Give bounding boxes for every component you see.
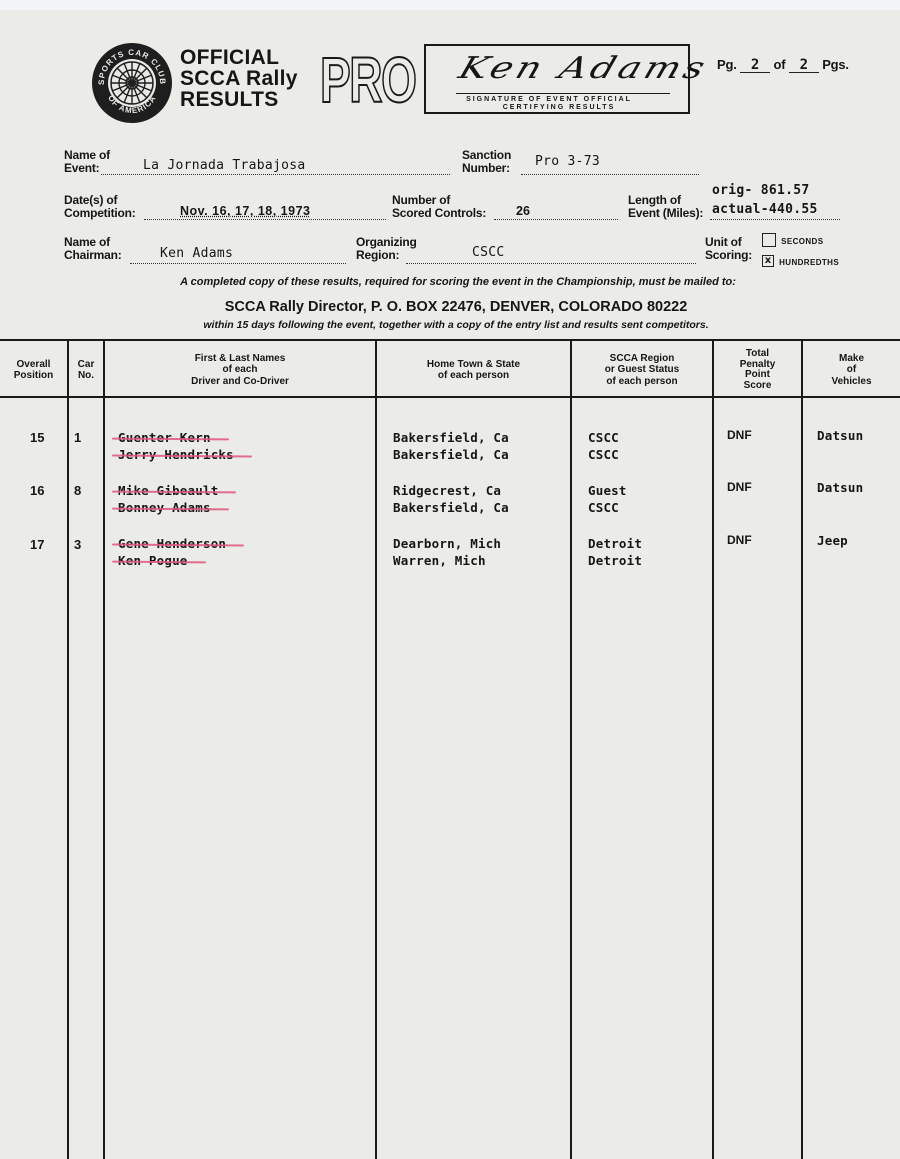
scca-logo: SPORTS CAR CLUB OF AMERICA — [92, 43, 172, 123]
dates-value: Nov. 16, 17, 18, 1973 — [180, 204, 311, 218]
penalty-score: DNF — [727, 428, 752, 442]
column-header-car: CarNo. — [69, 344, 103, 396]
dates-label: Date(s) ofCompetition: — [64, 194, 136, 220]
car-number: 1 — [74, 430, 81, 445]
chairman-value: Ken Adams — [160, 246, 233, 261]
table-top-rule — [0, 339, 900, 341]
controls-label: Number ofScored Controls: — [392, 194, 486, 220]
sanction-value: Pro 3-73 — [535, 154, 600, 169]
column-header-names: First & Last Namesof eachDriver and Co-D… — [105, 344, 375, 396]
regions: GuestCSCC — [588, 482, 627, 516]
driver-name: Guenter Kern — [118, 429, 211, 446]
column-divider — [103, 340, 105, 1159]
driver-names: Mike Gibeault Bonney Adams — [118, 482, 218, 516]
signature-caption: SIGNATURE OF EVENT OFFICIAL — [416, 96, 682, 103]
length-field[interactable]: actual-440.55 — [710, 204, 840, 220]
column-divider — [801, 340, 803, 1159]
column-header-score: TotalPenaltyPointScore — [714, 344, 801, 396]
overall-position: 16 — [30, 483, 44, 498]
overall-position: 17 — [30, 537, 44, 552]
signature-line — [456, 93, 670, 94]
codriver-name: Bonney Adams — [118, 499, 211, 516]
column-divider — [712, 340, 714, 1159]
scoring-option-seconds[interactable]: SECONDS — [762, 229, 823, 248]
column-header-region: SCCA Regionor Guest Statusof each person — [572, 344, 712, 396]
column-header-make: MakeofVehicles — [803, 344, 900, 396]
wheel-icon: SPORTS CAR CLUB OF AMERICA — [92, 43, 172, 123]
vehicle-make: Datsun — [817, 427, 863, 444]
event-value: La Jornada Trabajosa — [143, 158, 306, 173]
chairman-label: Name ofChairman: — [64, 236, 122, 262]
driver-names: Gene Henderson Ken Pogue — [118, 535, 226, 569]
column-header-position: OverallPosition — [0, 344, 67, 396]
signature-box: Ken Adams SIGNATURE OF EVENT OFFICIAL CE… — [424, 44, 690, 114]
car-number: 3 — [74, 537, 81, 552]
sanction-field[interactable]: Pro 3-73 — [521, 158, 699, 175]
page-indicator: Pg. 2 of 2 Pgs. — [717, 58, 849, 73]
penalty-score: DNF — [727, 480, 752, 494]
column-divider — [375, 340, 377, 1159]
scan-edge — [0, 0, 900, 10]
hometowns: Ridgecrest, CaBakersfield, Ca — [393, 482, 509, 516]
driver-name: Gene Henderson — [118, 535, 226, 552]
codriver-name: Ken Pogue — [118, 552, 188, 569]
hometowns: Dearborn, MichWarren, Mich — [393, 535, 501, 569]
region-field[interactable]: CSCC — [406, 247, 696, 264]
deadline-notice: within 15 days following the event, toge… — [0, 319, 900, 331]
regions: CSCCCSCC — [588, 429, 619, 463]
page-number: 2 — [740, 59, 770, 73]
signature-caption-2: CERTIFYING RESULTS — [426, 104, 692, 111]
hometowns: Bakersfield, CaBakersfield, Ca — [393, 429, 509, 463]
title-line-3: RESULTS — [180, 89, 298, 110]
title-line-1: OFFICIAL — [180, 47, 298, 68]
scoring-label: Unit ofScoring: — [705, 236, 752, 262]
dates-field[interactable]: Nov. 16, 17, 18, 1973 — [144, 204, 386, 220]
penalty-score: DNF — [727, 533, 752, 547]
mailing-notice: A completed copy of these results, requi… — [0, 276, 900, 288]
scoring-option-hundredths[interactable]: x HUNDREDTHS — [762, 250, 839, 269]
hundredths-checkbox[interactable]: x — [762, 255, 774, 267]
codriver-name: Jerry Hendricks — [118, 446, 234, 463]
column-divider — [570, 340, 572, 1159]
chairman-field[interactable]: Ken Adams — [130, 247, 346, 264]
car-number: 8 — [74, 483, 81, 498]
vehicle-make: Jeep — [817, 532, 848, 549]
driver-name: Mike Gibeault — [118, 482, 218, 499]
signature: Ken Adams — [454, 50, 714, 88]
regions: DetroitDetroit — [588, 535, 642, 569]
table-header-rule — [0, 396, 900, 398]
event-field[interactable]: La Jornada Trabajosa — [101, 158, 450, 175]
length-actual-value: actual-440.55 — [712, 202, 818, 217]
mailing-address: SCCA Rally Director, P. O. BOX 22476, DE… — [0, 299, 900, 315]
controls-value: 26 — [516, 204, 530, 218]
region-value: CSCC — [472, 245, 505, 260]
controls-field[interactable]: 26 — [494, 204, 618, 220]
vehicle-make: Datsun — [817, 479, 863, 496]
length-label: Length ofEvent (Miles): — [628, 194, 703, 220]
overall-position: 15 — [30, 430, 44, 445]
pro-badge: PRO — [320, 48, 416, 112]
column-divider — [67, 340, 69, 1159]
driver-names: Guenter Kern Jerry Hendricks — [118, 429, 234, 463]
length-orig-value: orig- 861.57 — [712, 183, 810, 198]
seconds-checkbox[interactable] — [762, 233, 776, 247]
sanction-label: SanctionNumber: — [462, 149, 511, 175]
column-header-hometown: Home Town & Stateof each person — [377, 344, 570, 396]
title-line-2: SCCA Rally — [180, 68, 298, 89]
page-total: 2 — [789, 59, 819, 73]
form-title: OFFICIAL SCCA Rally RESULTS — [180, 47, 298, 110]
